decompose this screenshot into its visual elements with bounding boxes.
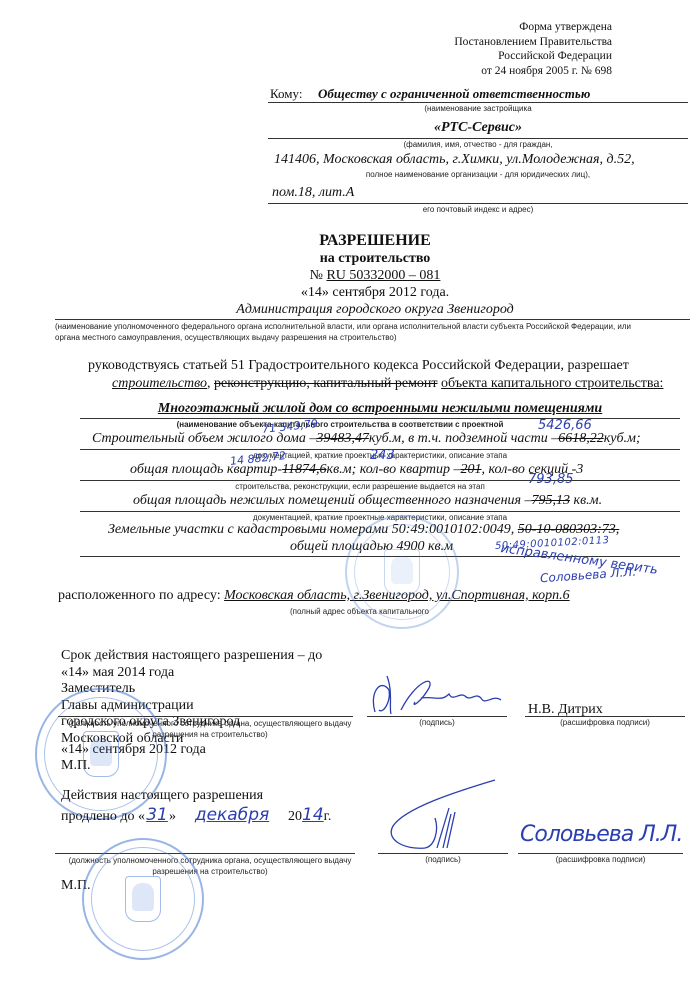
extension-line2: продлено до «31» декабря 2014г. [61, 805, 331, 825]
volume-line: Строительный объем жилого дома –39483,47… [92, 431, 641, 447]
form-approval-line: Постановлением Правительства [454, 35, 612, 50]
recipient-name-line2: «РТС-Сервис» [268, 120, 688, 136]
extension-prefix: продлено до « [61, 809, 145, 824]
bell-emblem-icon [384, 549, 420, 595]
recipient-name-line1: Обществу с ограниченной ответственностью [318, 86, 590, 102]
apartments-old: 201 [461, 462, 482, 477]
form-approval-note: Форма утверждена Постановлением Правител… [454, 20, 612, 78]
permit-intro: руководствуясь статьей 51 Градостроитель… [88, 358, 629, 374]
extension-signature-underline [378, 853, 508, 854]
recipient-underline-2 [268, 138, 688, 139]
correction-signer-handwritten: Соловьева Л.Л. [540, 565, 637, 586]
recipient-caption-1: (наименование застройщика [268, 104, 688, 113]
underground-new-handwritten: 5426,66 [538, 418, 592, 433]
permit-number-prefix: № [310, 268, 323, 283]
volume-mid: куб.м, в т.ч. подземной части – [369, 431, 558, 446]
volume-suffix: куб.м; [604, 431, 641, 446]
form-approval-line: Форма утверждена [454, 20, 612, 35]
recipient-caption-4: его почтовый индекс и адрес) [268, 205, 688, 214]
nonres-prefix: общая площадь нежилых помещений обществе… [133, 493, 532, 508]
work-type-selected: строительство [112, 376, 207, 391]
extension-mid: » [169, 809, 176, 824]
extension-line1: Действия настоящего разрешения [61, 788, 263, 804]
nonres-underline [80, 511, 680, 512]
object-caption-a: (наименование объекта капитального строи… [80, 420, 600, 429]
recipient-caption-3: полное наименование организации - для юр… [268, 170, 688, 179]
underground-old: 6618,22 [558, 431, 604, 446]
signer-caption: (расшифровка подписи) [525, 718, 685, 727]
extension-signer-caption: (расшифровка подписи) [518, 855, 683, 864]
seal-stamp [82, 838, 204, 960]
extension-month: декабря [180, 805, 285, 825]
recipient-address-line2: пом.18, лит.А [272, 185, 354, 201]
work-type-suffix: объекта капитального строительства: [441, 376, 663, 391]
document-title: РАЗРЕШЕНИЕ [200, 232, 550, 250]
validity-line2: «14» мая 2014 года [61, 665, 322, 682]
area-old: 11874,6 [282, 462, 326, 477]
nonres-new-handwritten: 793,85 [528, 472, 574, 487]
bell-emblem-icon [83, 731, 119, 777]
permit-number: № RU 50332000 – 081 [200, 268, 550, 284]
area-line: общая площадь квартир-11874,6кв.м; кол-в… [130, 462, 583, 478]
authority-caption: (наименование уполномоченного федерально… [55, 321, 635, 343]
issuing-authority: Администрация городского округа Звенигор… [200, 302, 550, 318]
extension-year-end: г. [324, 809, 332, 824]
extension-signer-underline [518, 853, 683, 854]
work-type-struck: реконструкцию, капитальный ремонт [214, 376, 438, 391]
bell-emblem-icon [125, 876, 161, 922]
address-line: расположенного по адресу: Московская обл… [58, 588, 570, 604]
apartments-new-handwritten: 243 [370, 448, 395, 463]
object-name: Многоэтажный жилой дом со встроенными не… [80, 401, 680, 417]
document-subtitle: на строительство [200, 251, 550, 267]
validity-line1: Срок действия настоящего разрешения – до [61, 648, 322, 665]
recipient-underline-1 [268, 102, 688, 103]
permit-number-value: RU 50332000 – 081 [326, 268, 440, 283]
land-prefix: Земельные участки с кадастровыми номерам… [108, 522, 514, 537]
volume-old: 39483,47 [316, 431, 369, 446]
extension-signature-caption: (подпись) [378, 855, 508, 864]
signature-dietrich [365, 672, 510, 720]
extension-day: 31 [145, 805, 169, 825]
recipient-label: Кому: [270, 86, 302, 102]
form-approval-line: Российской Федерации [454, 49, 612, 64]
recipient-caption-2: (фамилия, имя, отчество - для граждан, [268, 140, 688, 149]
recipient-underline-3 [268, 203, 688, 204]
recipient-address-line1: 141406, Московская область, г.Химки, ул.… [274, 152, 635, 168]
nonres-old: 795,13 [532, 493, 571, 508]
signature-extension [385, 778, 505, 856]
nonres-suffix: кв.м. [574, 493, 603, 508]
nonres-line: общая площадь нежилых помещений обществе… [133, 493, 602, 509]
signer-underline [525, 716, 685, 717]
extension-year-prefix: 20 [288, 809, 302, 824]
form-approval-line: от 24 ноября 2005 г. № 698 [454, 64, 612, 79]
area-mid: кв.м; кол-во квартир – [327, 462, 461, 477]
work-type-line: строительство, реконструкцию, капитальны… [112, 376, 663, 392]
seal-stamp [345, 515, 459, 629]
permit-date: «14» сентября 2012 года. [200, 285, 550, 301]
extension-signer-handwritten: Соловьева Л.Л. [520, 822, 682, 847]
address-label: расположенного по адресу: [58, 588, 221, 603]
authority-underline [55, 319, 690, 320]
area-underline [80, 480, 680, 481]
extension-year: 14 [302, 805, 324, 825]
